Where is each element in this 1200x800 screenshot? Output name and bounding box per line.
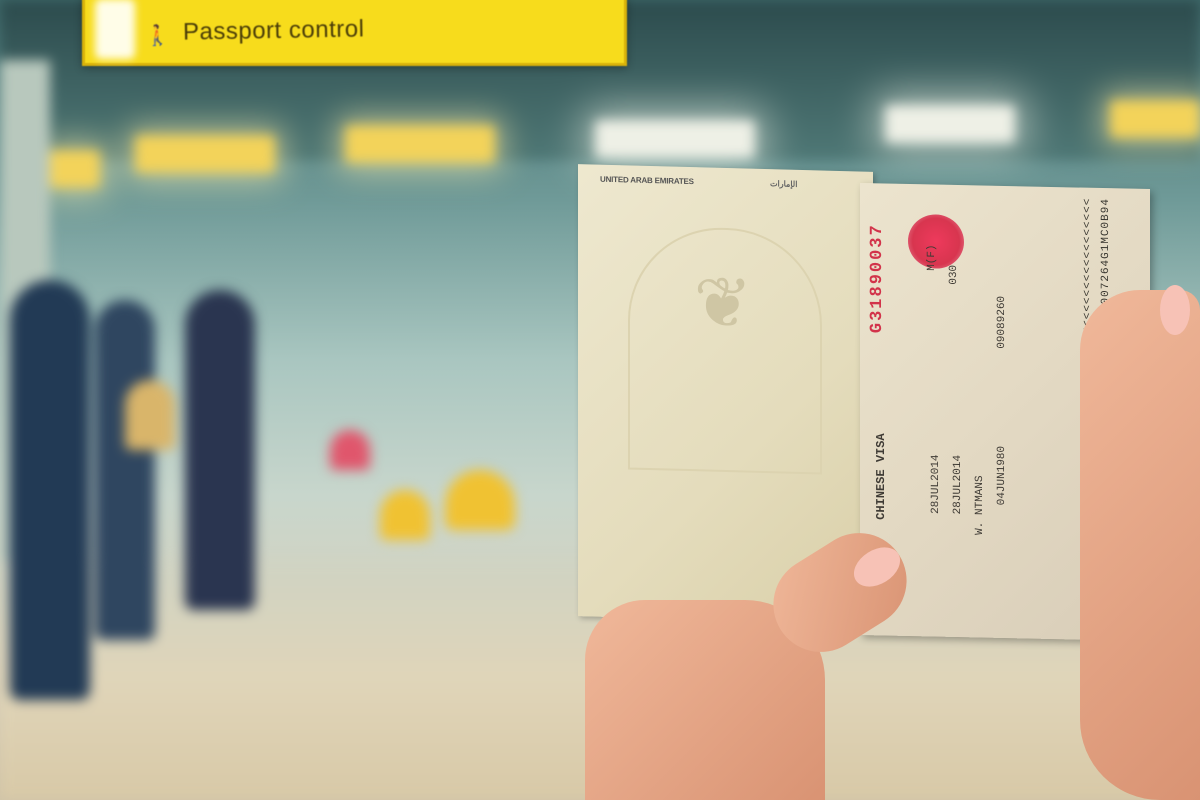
visa-field: 28JUL2014 (930, 454, 942, 514)
traveler-icon: 🚶 (145, 23, 170, 48)
country-name-en: UNITED ARAB EMIRATES (600, 175, 694, 186)
ceiling-light (345, 125, 495, 163)
visa-field: W. NTMANS (974, 475, 986, 535)
person (330, 430, 370, 470)
country-name-ar: الإمارات (770, 179, 870, 191)
visa-title: CHINESE VISA (874, 433, 888, 520)
visa-field: M(F) (926, 244, 938, 271)
visa-field: 09089260 (996, 296, 1008, 349)
ceiling-light (50, 150, 100, 188)
person (185, 290, 255, 610)
sign-light (95, 0, 135, 59)
passport-control-sign: 🚶 Passport control (82, 0, 627, 66)
right-finger-nail (1160, 285, 1190, 335)
visa-field: 030 (948, 265, 960, 285)
visa-field: 28JUL2014 (952, 455, 964, 515)
ceiling-light (1110, 100, 1200, 138)
person (125, 380, 175, 450)
person (445, 470, 515, 530)
person (10, 280, 90, 700)
person (95, 300, 155, 640)
uae-eagle-emblem-icon: ❦ (678, 257, 768, 349)
sign-text: Passport control (183, 15, 365, 46)
ceiling-light (885, 105, 1015, 143)
visa-number: G31890037 (868, 223, 887, 333)
person (380, 490, 430, 540)
visa-field: 04JUN1980 (996, 446, 1008, 506)
ceiling-light (135, 135, 275, 173)
country-name: UNITED ARAB EMIRATES الإمارات (600, 175, 694, 186)
ceiling-light (595, 120, 755, 158)
right-hand (1080, 290, 1200, 800)
